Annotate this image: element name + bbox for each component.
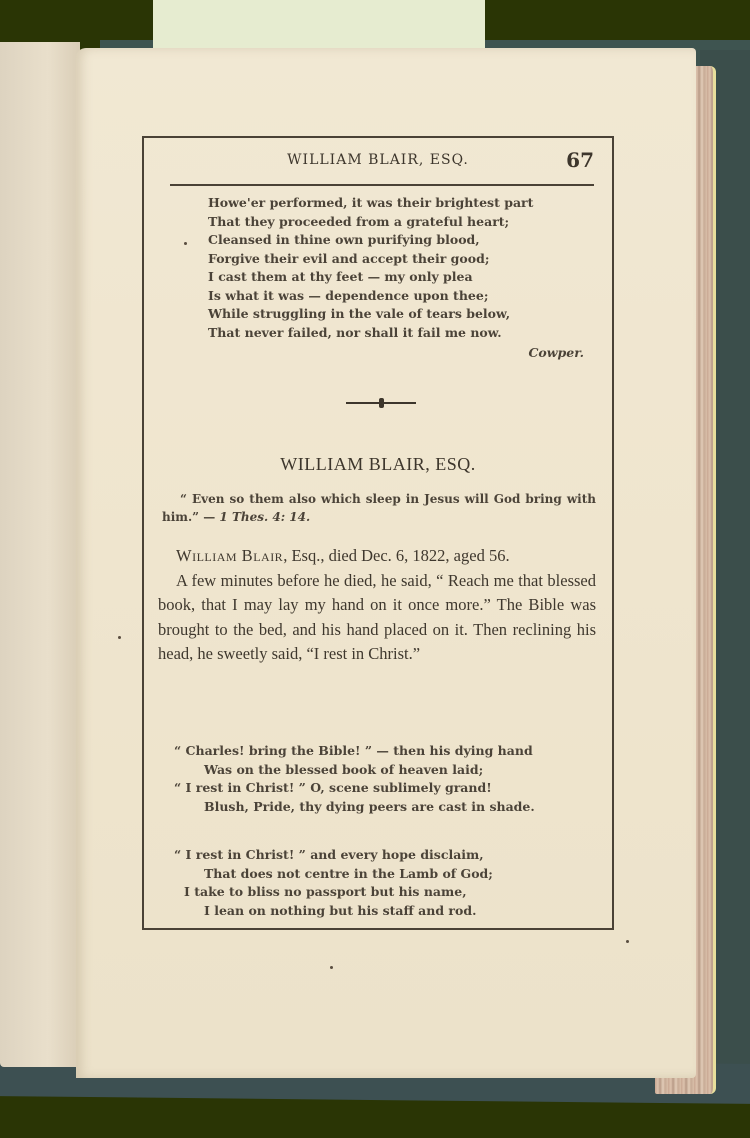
poem-line: “ Charles! bring the Bible! ” — then his… bbox=[174, 742, 594, 761]
divider-center-mark bbox=[379, 398, 384, 408]
poem-line: That they proceeded from a grateful hear… bbox=[208, 213, 594, 232]
poem-line: Howe'er performed, it was their brightes… bbox=[208, 194, 594, 213]
poem-line: Blush, Pride, thy dying peers are cast i… bbox=[174, 798, 594, 817]
poem-line: I lean on nothing but his staff and rod. bbox=[174, 902, 594, 921]
poem-attribution: Cowper. bbox=[208, 344, 594, 363]
paper-speck bbox=[626, 940, 629, 943]
poem-line: Was on the blessed book of heaven laid; bbox=[174, 761, 594, 780]
section-divider-ornament bbox=[346, 400, 416, 406]
poem-stanza-2: “ I rest in Christ! ” and every hope dis… bbox=[174, 846, 594, 920]
running-title: WILLIAM BLAIR, ESQ. bbox=[144, 152, 612, 168]
header-rule bbox=[170, 184, 594, 186]
poem-line: That does not centre in the Lamb of God; bbox=[174, 865, 594, 884]
paragraph-1-text: , Esq., died Dec. 6, 1822, aged 56. bbox=[283, 546, 509, 565]
poem-line: “ I rest in Christ! ” and every hope dis… bbox=[174, 846, 594, 865]
poem-line: I take to bliss no passport but his name… bbox=[174, 883, 594, 902]
poem-line: I cast them at thy feet — my only plea bbox=[208, 268, 594, 287]
cowper-poem: Howe'er performed, it was their brightes… bbox=[208, 194, 594, 363]
poem-line: Cleansed in thine own purifying blood, bbox=[208, 231, 594, 250]
poem-line: That never failed, nor shall it fail me … bbox=[208, 324, 594, 343]
poem-stanza-1: “ Charles! bring the Bible! ” — then his… bbox=[174, 742, 594, 816]
paragraph-1: William Blair, Esq., died Dec. 6, 1822, … bbox=[158, 544, 596, 569]
poem-line: Is what it was — dependence upon thee; bbox=[208, 287, 594, 306]
paragraph-2: A few minutes before he died, he said, “… bbox=[158, 569, 596, 667]
poem-line: Forgive their evil and accept their good… bbox=[208, 250, 594, 269]
body-text: William Blair, Esq., died Dec. 6, 1822, … bbox=[158, 544, 596, 667]
running-head: WILLIAM BLAIR, ESQ. 67 bbox=[144, 148, 612, 174]
page-number: 67 bbox=[566, 148, 594, 172]
page-text-frame: WILLIAM BLAIR, ESQ. 67 Howe'er performed… bbox=[142, 136, 614, 930]
poem-line: While struggling in the vale of tears be… bbox=[208, 305, 594, 324]
poem-line: “ I rest in Christ! ” O, scene sublimely… bbox=[174, 779, 594, 798]
section-title: WILLIAM BLAIR, ESQ. bbox=[144, 454, 612, 475]
subject-name: William Blair bbox=[176, 546, 283, 565]
paper-speck bbox=[118, 636, 121, 639]
epigraph-reference: 1 Thes. 4: 14. bbox=[219, 510, 310, 524]
paper-speck bbox=[330, 966, 333, 969]
scripture-epigraph: “ Even so them also which sleep in Jesus… bbox=[162, 490, 596, 526]
left-page-edge bbox=[0, 42, 80, 1067]
